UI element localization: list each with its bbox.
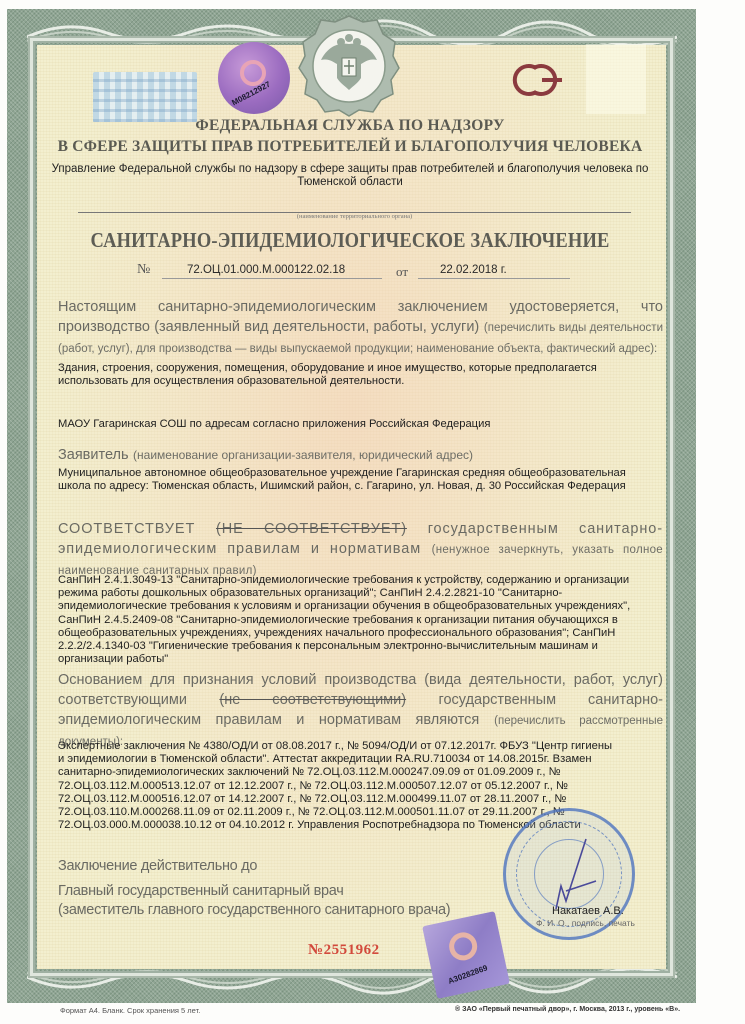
se-logo-icon — [504, 60, 568, 100]
footer-left: Формат А4. Бланк. Срок хранения 5 лет. — [60, 1006, 200, 1015]
signer-caption: Ф. И. О., подпись, печать — [536, 918, 635, 928]
guilloche-bottom-wave — [27, 969, 677, 999]
territorial-body-caption: (наименование территориального органа) — [78, 213, 631, 220]
signer-title-1: Главный государственный санитарный врач — [58, 883, 343, 899]
double-headed-eagle-icon — [297, 14, 401, 118]
applicant-heading: Заявитель (наименование организации-заяв… — [58, 446, 663, 464]
hologram-logo-icon — [447, 930, 480, 963]
rules-value: СанПиН 2.4.1.3049-13 "Санитарно-эпидемио… — [58, 574, 660, 666]
blank-serial-number: №2551962 — [308, 942, 380, 959]
conforms-section: СООТВЕТСТВУЕТ (НЕ СООТВЕТСТВУЕТ) государ… — [58, 519, 663, 581]
hologram-seal-bottom: A30282869 — [422, 911, 510, 999]
conforms-word: СООТВЕТСТВУЕТ — [58, 521, 195, 537]
footer-right: ® ЗАО «Первый печатный двор», г. Москва,… — [455, 1006, 680, 1013]
signer-title-2: (заместитель главного государственного с… — [58, 902, 450, 918]
activity-value: Здания, строения, сооружения, помещения,… — [58, 362, 598, 388]
applicant-hint: (наименование организации-заявителя, юри… — [133, 448, 473, 462]
valid-until-label: Заключение действительно до — [58, 858, 257, 874]
hologram-seal-top: M08212927 — [218, 42, 290, 114]
territorial-body: Управление Федеральной службы по надзору… — [45, 163, 655, 189]
agency-header-line2: В СФЕРЕ ЗАЩИТЫ ПРАВ ПОТРЕБИТЕЛЕЙ И БЛАГО… — [0, 138, 700, 156]
hologram-bottom-serial: A30282869 — [447, 963, 489, 986]
applicant-value: Муниципальное автономное общеобразовател… — [58, 467, 638, 493]
date-underline — [418, 278, 570, 279]
agency-header-line1: ФЕДЕРАЛЬНАЯ СЛУЖБА ПО НАДЗОРУ — [0, 117, 700, 135]
se-logo — [504, 60, 568, 100]
certifies-section: Настоящим санитарно-эпидемиологическим з… — [58, 297, 663, 359]
hologram-strip — [93, 72, 197, 122]
emblem-badge — [297, 14, 401, 118]
basis-struck: (не соответствующими) — [219, 692, 406, 708]
certificate-title: САНИТАРНО-ЭПИДЕМИОЛОГИЧЕСКОЕ ЗАКЛЮЧЕНИЕ — [42, 228, 658, 253]
object-value: МАОУ Гагаринская СОШ по адресам согласно… — [58, 418, 618, 431]
blank-watermark-box — [586, 44, 646, 114]
certificate-date: 22.02.2018 г. — [440, 264, 507, 276]
applicant-label: Заявитель — [58, 447, 129, 463]
not-conforms-struck: (НЕ СООТВЕТСТВУЕТ) — [216, 521, 407, 537]
number-label: № — [137, 262, 150, 278]
number-underline — [162, 278, 382, 279]
date-label: от — [396, 264, 408, 280]
signer-name: Накатаев А.В. — [552, 905, 624, 917]
certificate-number: 72.ОЦ.01.000.М.000122.02.18 — [187, 264, 345, 276]
